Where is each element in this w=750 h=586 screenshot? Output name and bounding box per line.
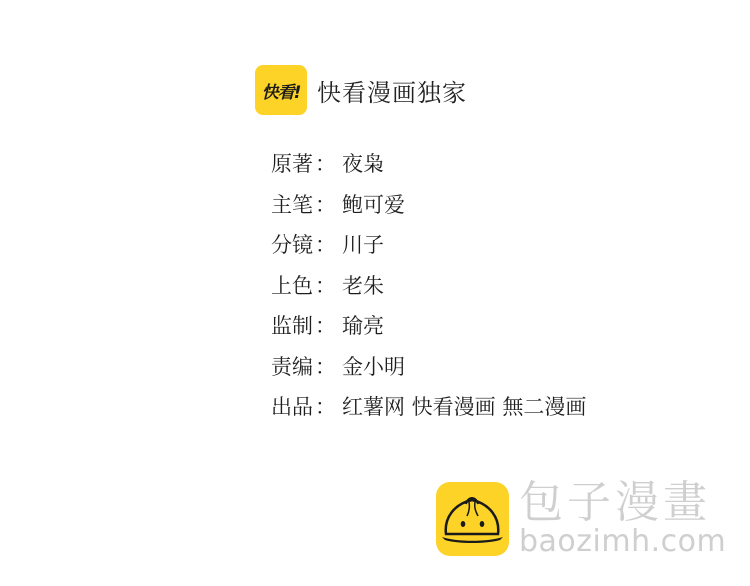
credit-row-storyboard: 分镜：川子 [271, 224, 586, 265]
credit-value: 川子 [342, 229, 384, 259]
credit-separator: ： [315, 391, 336, 421]
credit-row-author: 原著：夜枭 [271, 143, 586, 184]
credit-value: 鲍可爱 [342, 189, 405, 219]
kuaikan-logo-icon: 快看! [255, 65, 307, 115]
credit-value: 夜枭 [342, 148, 384, 178]
credit-label: 监制 [271, 310, 313, 340]
credits-list: 原著：夜枭 主笔：鲍可爱 分镜：川子 上色：老朱 监制：瑜亮 责编：金小明 出品… [271, 143, 586, 427]
credit-separator: ： [315, 229, 336, 259]
credit-label: 原著 [271, 148, 313, 178]
credit-value: 老朱 [342, 270, 384, 300]
credit-label: 分镜 [271, 229, 313, 259]
credit-label: 出品 [271, 391, 313, 421]
watermark-url: baozimh.com [519, 526, 726, 558]
baozimh-watermark: 包子漫畫 baozimh.com [436, 480, 726, 558]
watermark-name: 包子漫畫 [519, 480, 726, 526]
kuaikan-logo-text: 快看! [262, 78, 301, 103]
credit-row-colorist: 上色：老朱 [271, 265, 586, 306]
credit-separator: ： [315, 270, 336, 300]
credit-separator: ： [315, 310, 336, 340]
credit-row-producer: 出品：红薯网 快看漫画 無二漫画 [271, 386, 586, 427]
credit-row-lead-artist: 主笔：鲍可爱 [271, 184, 586, 225]
credit-value: 金小明 [342, 351, 405, 381]
watermark-text: 包子漫畫 baozimh.com [519, 480, 726, 558]
credit-label: 上色 [271, 270, 313, 300]
baozi-bun-icon [436, 482, 509, 556]
credit-value: 红薯网 快看漫画 無二漫画 [342, 391, 586, 421]
credit-row-editor: 责编：金小明 [271, 346, 586, 387]
header: 快看! 快看漫画独家 [255, 65, 467, 115]
header-title: 快看漫画独家 [317, 73, 467, 108]
credit-label: 责编 [271, 351, 313, 381]
credit-row-supervisor: 监制：瑜亮 [271, 305, 586, 346]
credit-separator: ： [315, 189, 336, 219]
credit-label: 主笔 [271, 189, 313, 219]
credit-separator: ： [315, 148, 336, 178]
credit-separator: ： [315, 351, 336, 381]
credit-value: 瑜亮 [342, 310, 384, 340]
